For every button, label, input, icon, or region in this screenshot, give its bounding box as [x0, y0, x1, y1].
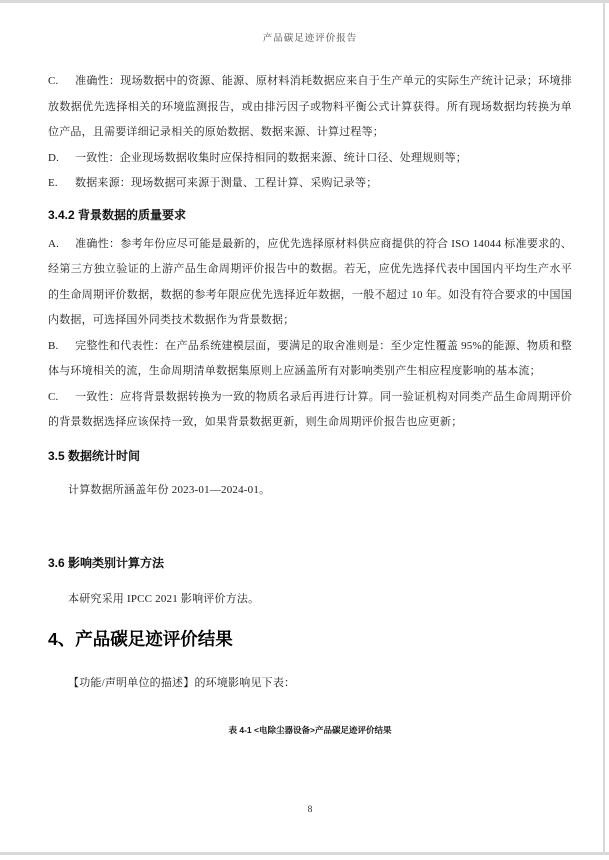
- page-number: 8: [48, 804, 572, 816]
- field-data-item-d: D.一致性：企业现场数据收集时应保持相同的数据来源、统计口径、处理规则等；: [48, 146, 572, 172]
- background-data-item-c: C.一致性：应将背景数据转换为一致的物质名录后再进行计算。同一验证机构对同类产品…: [48, 385, 572, 436]
- list-label: C.: [48, 385, 75, 411]
- list-label: B.: [48, 334, 75, 360]
- list-text: 准确性：参考年份应尽可能是最新的，应优先选择原材料供应商提供的符合 ISO 14…: [48, 238, 572, 327]
- background-data-item-b: B.完整性和代表性：在产品系统建模层面，要满足的取舍准则是：至少定性覆盖 95%…: [48, 334, 572, 385]
- list-text: 一致性：应将背景数据转换为一致的物质名录后再进行计算。同一验证机构对同类产品生命…: [48, 391, 572, 429]
- section-3-4-2-heading: 3.4.2 背景数据的质量要求: [48, 207, 572, 223]
- section-3-6-body: 本研究采用 IPCC 2021 影响评价方法。: [48, 587, 572, 613]
- section-3-5-heading: 3.5 数据统计时间: [48, 448, 572, 464]
- section-3-6-heading: 3.6 影响类别计算方法: [48, 555, 572, 571]
- page-bottom-edge: [0, 852, 609, 855]
- list-label: E.: [48, 171, 75, 197]
- section-3-5-body: 计算数据所涵盖年份 2023-01—2024-01。: [48, 478, 572, 504]
- field-data-item-e: E.数据来源：现场数据可来源于测量、工程计算、采购记录等；: [48, 171, 572, 197]
- table-4-1-caption: 表 4-1 <电除尘器设备>产品碳足迹评价结果: [48, 724, 572, 736]
- chapter-4-heading: 4、产品碳足迹评价结果: [48, 627, 572, 651]
- list-text: 完整性和代表性：在产品系统建模层面，要满足的取舍准则是：至少定性覆盖 95%的能…: [48, 340, 572, 378]
- page-right-edge: [603, 2, 605, 853]
- list-text: 数据来源：现场数据可来源于测量、工程计算、采购记录等；: [75, 177, 377, 189]
- background-data-item-a: A.准确性：参考年份应尽可能是最新的，应优先选择原材料供应商提供的符合 ISO …: [48, 232, 572, 334]
- list-text: 准确性：现场数据中的资源、能源、原材料消耗数据应来自于生产单元的实际生产统计记录…: [48, 75, 572, 138]
- list-label: D.: [48, 146, 75, 172]
- list-label: C.: [48, 69, 75, 95]
- field-data-item-c: C.准确性：现场数据中的资源、能源、原材料消耗数据应来自于生产单元的实际生产统计…: [48, 69, 572, 146]
- list-label: A.: [48, 232, 75, 258]
- document-page: 产品碳足迹评价报告 C.准确性：现场数据中的资源、能源、原材料消耗数据应来自于生…: [0, 0, 609, 860]
- page-content: 产品碳足迹评价报告 C.准确性：现场数据中的资源、能源、原材料消耗数据应来自于生…: [48, 3, 572, 816]
- list-text: 一致性：企业现场数据收集时应保持相同的数据来源、统计口径、处理规则等；: [75, 152, 467, 164]
- chapter-4-intro: 【功能/声明单位的描述】的环境影响见下表：: [48, 671, 572, 697]
- running-header-title: 产品碳足迹评价报告: [48, 33, 572, 45]
